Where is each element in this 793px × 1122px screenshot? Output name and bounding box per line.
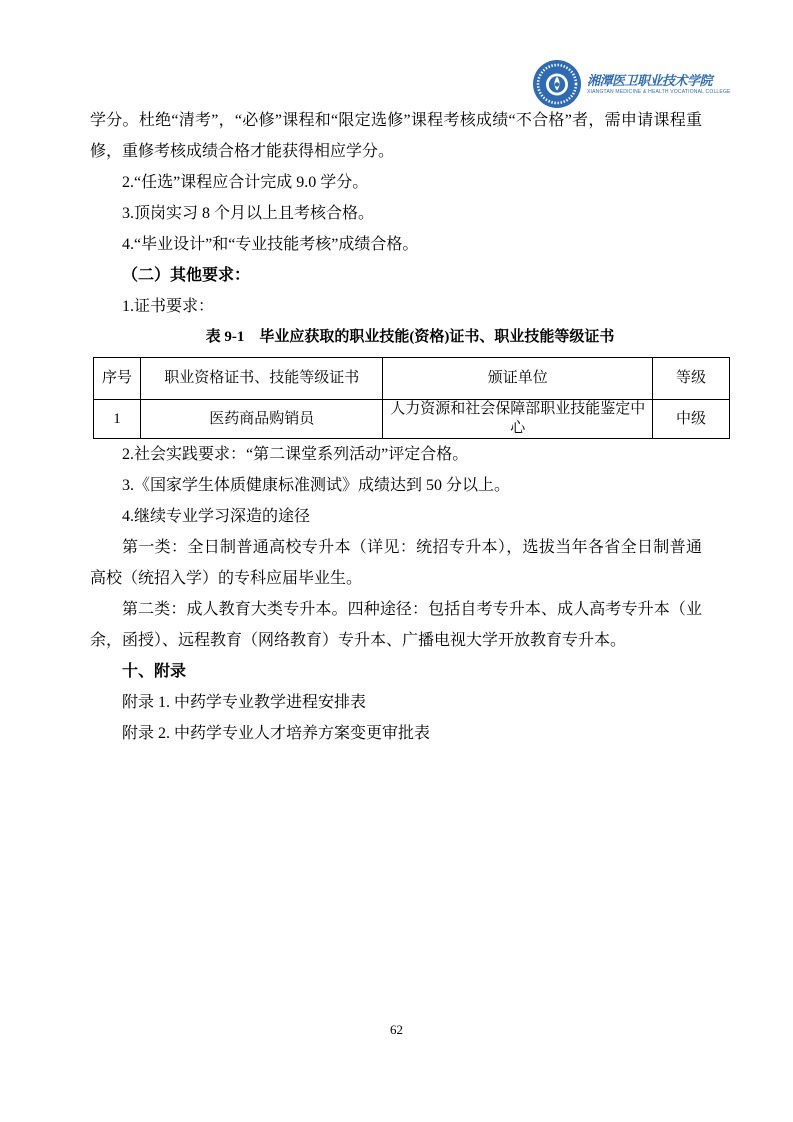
list-item-certificate-requirement: 1.证书要求： (90, 291, 702, 322)
page-number: 62 (0, 1022, 793, 1038)
list-item-graduation-design: 4.“毕业设计”和“专业技能考核”成绩合格。 (90, 229, 702, 260)
list-item-further-study: 4.继续专业学习深造的途径 (90, 501, 702, 532)
document-body: 学分。杜绝“清考”，“必修”课程和“限定选修”课程考核成绩“不合格”者，需申请课… (90, 105, 702, 749)
college-logo: 湘潭医卫职业技术学院 XIANGTAN MEDICINE & HEALTH VO… (533, 60, 731, 108)
college-emblem-icon (533, 60, 581, 108)
list-item-fitness-test: 3.《国家学生体质健康标准测试》成绩达到 50 分以上。 (90, 470, 702, 501)
college-name-block: 湘潭医卫职业技术学院 XIANGTAN MEDICINE & HEALTH VO… (587, 73, 731, 96)
cell-number: 1 (94, 400, 141, 439)
certificate-table: 序号 职业资格证书、技能等级证书 颁证单位 等级 1 医药商品购销员 人力资源和… (93, 357, 730, 439)
appendix-item-2: 附录 2. 中药学专业人才培养方案变更审批表 (90, 718, 702, 749)
table-row: 1 医药商品购销员 人力资源和社会保障部职业技能鉴定中心 中级 (94, 400, 730, 439)
heading-other-requirements: （二）其他要求： (90, 260, 702, 291)
header-cell-issuer: 颁证单位 (383, 358, 653, 400)
cell-issuer: 人力资源和社会保障部职业技能鉴定中心 (383, 400, 653, 439)
para-pathway-class1: 第一类：全日制普通高校专升本（详见：统招专升本），选拔当年各省全日制普通高校（统… (90, 532, 702, 594)
para-pathway-class2: 第二类：成人教育大类专升本。四种途径：包括自考专升本、成人高考专升本（业余，函授… (90, 594, 702, 656)
header-cell-certificate: 职业资格证书、技能等级证书 (141, 358, 383, 400)
list-item-social-practice: 2.社会实践要求：“第二课堂系列活动”评定合格。 (90, 439, 702, 470)
list-item-elective-credits: 2.“任选”课程应合计完成 9.0 学分。 (90, 167, 702, 198)
table-caption: 表 9-1 毕业应获取的职业技能(资格)证书、职业技能等级证书 (90, 322, 730, 353)
header-cell-number: 序号 (94, 358, 141, 400)
appendix-item-1: 附录 1. 中药学专业教学进程安排表 (90, 687, 702, 718)
college-name-en: XIANGTAN MEDICINE & HEALTH VOCATIONAL CO… (587, 89, 731, 96)
college-name-zh: 湘潭医卫职业技术学院 (587, 73, 731, 89)
document-page: 湘潭医卫职业技术学院 XIANGTAN MEDICINE & HEALTH VO… (0, 0, 793, 1122)
heading-appendix: 十、附录 (90, 656, 702, 687)
header-cell-level: 等级 (653, 358, 730, 400)
cell-certificate: 医药商品购销员 (141, 400, 383, 439)
cell-level: 中级 (653, 400, 730, 439)
table-header-row: 序号 职业资格证书、技能等级证书 颁证单位 等级 (94, 358, 730, 400)
list-item-internship: 3.顶岗实习 8 个月以上且考核合格。 (90, 198, 702, 229)
para-makeup-exam: 学分。杜绝“清考”，“必修”课程和“限定选修”课程考核成绩“不合格”者，需申请课… (90, 105, 702, 167)
